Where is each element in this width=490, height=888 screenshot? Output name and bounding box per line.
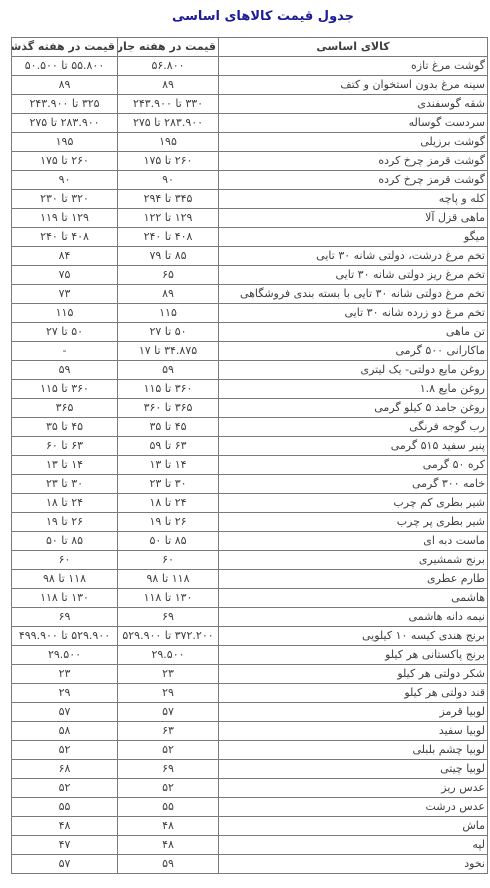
current-week-price-cell: ۴۵ تا ۳۵ — [118, 418, 219, 437]
item-name-cell: تخم مرغ ریز دولتی شانه ۳۰ تایی — [219, 266, 488, 285]
current-week-price-cell: ۴۸ — [118, 836, 219, 855]
header-item: کالای اساسی — [219, 38, 488, 57]
current-week-price-cell: ۱۴ تا ۱۳ — [118, 456, 219, 475]
current-week-price-cell: ۲۹ — [118, 684, 219, 703]
current-week-price-cell: ۸۵ تا ۵۰ — [118, 532, 219, 551]
current-week-price-cell: ۳۷۲.۲۰۰ تا ۵۲۹.۹۰۰ — [118, 627, 219, 646]
table-row: نخود۵۹۵۷ — [12, 855, 488, 874]
current-week-price-cell: ۵۲ — [118, 741, 219, 760]
current-week-price-cell: ۴۸ — [118, 817, 219, 836]
last-week-price-cell: ۲۶ تا ۱۹ — [12, 513, 118, 532]
item-name-cell: ماکارانی ۵۰۰ گرمی — [219, 342, 488, 361]
current-week-price-cell: ۵۰ تا ۲۷ — [118, 323, 219, 342]
table-row: سینه مرغ بدون استخوان و کتف۸۹۸۹ — [12, 76, 488, 95]
current-week-price-cell: ۶۳ تا ۵۹ — [118, 437, 219, 456]
table-row: لوبیا چیتی۶۹۶۸ — [12, 760, 488, 779]
current-week-price-cell: ۱۲۹ تا ۱۲۲ — [118, 209, 219, 228]
table-row: رب گوجه فرنگی۴۵ تا ۳۵۴۵ تا ۳۵ — [12, 418, 488, 437]
last-week-price-cell: ۵۰ تا ۲۷ — [12, 323, 118, 342]
table-row: لپه۴۸۴۷ — [12, 836, 488, 855]
item-name-cell: خامه ۳۰۰ گرمی — [219, 475, 488, 494]
table-row: کله و پاچه۳۴۵ تا ۲۹۴۳۲۰ تا ۲۳۰ — [12, 190, 488, 209]
last-week-price-cell: ۷۵ — [12, 266, 118, 285]
table-row: لوبیا سفید۶۳۵۸ — [12, 722, 488, 741]
current-week-price-cell: ۸۹ — [118, 285, 219, 304]
current-week-price-cell: ۳۳۰ تا ۲۴۳.۹۰۰ — [118, 95, 219, 114]
last-week-price-cell: ۵۹ — [12, 361, 118, 380]
header-row: کالای اساسی قیمت در هفته جاری قیمت در هف… — [12, 38, 488, 57]
table-row: گوشت قرمز چرخ کرده۲۶۰ تا ۱۷۵۲۶۰ تا ۱۷۵ — [12, 152, 488, 171]
item-name-cell: گوشت قرمز چرخ کرده — [219, 152, 488, 171]
table-row: شقه گوسفندی۳۳۰ تا ۲۴۳.۹۰۰۳۲۵ تا ۲۴۳.۹۰۰ — [12, 95, 488, 114]
table-row: عدس ریز۵۲۵۲ — [12, 779, 488, 798]
last-week-price-cell: ۲۹ — [12, 684, 118, 703]
table-row: نیمه دانه هاشمی۶۹۶۹ — [12, 608, 488, 627]
item-name-cell: نخود — [219, 855, 488, 874]
item-name-cell: کره ۵۰ گرمی — [219, 456, 488, 475]
item-name-cell: ماش — [219, 817, 488, 836]
table-row: گوشت مرغ تازه۵۶.۸۰۰۵۵.۸۰۰ تا ۵۰.۵۰۰ — [12, 57, 488, 76]
last-week-price-cell: ۵۲ — [12, 779, 118, 798]
current-week-price-cell: ۵۵ — [118, 798, 219, 817]
last-week-price-cell: ۳۰ تا ۲۳ — [12, 475, 118, 494]
last-week-price-cell: - — [12, 342, 118, 361]
table-row: برنج پاکستانی هر کیلو۲۹.۵۰۰۲۹.۵۰۰ — [12, 646, 488, 665]
current-week-price-cell: ۱۳۰ تا ۱۱۸ — [118, 589, 219, 608]
item-name-cell: شیر بطری کم چرب — [219, 494, 488, 513]
table-row: تن ماهی۵۰ تا ۲۷۵۰ تا ۲۷ — [12, 323, 488, 342]
item-name-cell: طارم عطری — [219, 570, 488, 589]
table-row: روغن مایع ۱.۸۳۶۰ تا ۱۱۵۳۶۰ تا ۱۱۵ — [12, 380, 488, 399]
current-week-price-cell: ۸۹ — [118, 76, 219, 95]
last-week-price-cell: ۱۹۵ — [12, 133, 118, 152]
table-row: تخم مرغ دولتی شانه ۳۰ تایی با بسته بندی … — [12, 285, 488, 304]
current-week-price-cell: ۲۳ — [118, 665, 219, 684]
last-week-price-cell: ۳۲۵ تا ۲۴۳.۹۰۰ — [12, 95, 118, 114]
last-week-price-cell: ۵۵ — [12, 798, 118, 817]
last-week-price-cell: ۲۹.۵۰۰ — [12, 646, 118, 665]
item-name-cell: شیر بطری پر چرب — [219, 513, 488, 532]
table-row: روغن جامد ۵ کیلو گرمی۳۶۵ تا ۳۶۰۳۶۵ — [12, 399, 488, 418]
current-week-price-cell: ۲۴ تا ۱۸ — [118, 494, 219, 513]
item-name-cell: هاشمی — [219, 589, 488, 608]
current-week-price-cell: ۲۹.۵۰۰ — [118, 646, 219, 665]
last-week-price-cell: ۴۵ تا ۳۵ — [12, 418, 118, 437]
table-row: میگو۴۰۸ تا ۲۴۰۴۰۸ تا ۲۴۰ — [12, 228, 488, 247]
item-name-cell: ماهی قزل آلا — [219, 209, 488, 228]
table-row: عدس درشت۵۵۵۵ — [12, 798, 488, 817]
last-week-price-cell: ۸۹ — [12, 76, 118, 95]
item-name-cell: پنیر سفید ۵۱۵ گرمی — [219, 437, 488, 456]
item-name-cell: روغن مایع ۱.۸ — [219, 380, 488, 399]
current-week-price-cell: ۱۱۸ تا ۹۸ — [118, 570, 219, 589]
table-body: گوشت مرغ تازه۵۶.۸۰۰۵۵.۸۰۰ تا ۵۰.۵۰۰سینه … — [12, 57, 488, 874]
last-week-price-cell: ۷۳ — [12, 285, 118, 304]
item-name-cell: تن ماهی — [219, 323, 488, 342]
last-week-price-cell: ۵۸ — [12, 722, 118, 741]
item-name-cell: لوبیا سفید — [219, 722, 488, 741]
table-row: روغن مایع دولتی- یک لیتری۵۹۵۹ — [12, 361, 488, 380]
item-name-cell: لوبیا چشم بلبلی — [219, 741, 488, 760]
last-week-price-cell: ۵۲ — [12, 741, 118, 760]
item-name-cell: لوبیا قرمز — [219, 703, 488, 722]
table-row: گوشت برزیلی۱۹۵۱۹۵ — [12, 133, 488, 152]
item-name-cell: قند دولتی هر کیلو — [219, 684, 488, 703]
last-week-price-cell: ۱۲۹ تا ۱۱۹ — [12, 209, 118, 228]
item-name-cell: نیمه دانه هاشمی — [219, 608, 488, 627]
table-row: سردست گوساله۲۸۳.۹۰۰ تا ۲۷۵۲۸۳.۹۰۰ تا ۲۷۵ — [12, 114, 488, 133]
last-week-price-cell: ۸۵ تا ۵۰ — [12, 532, 118, 551]
table-row: تخم مرغ دو زرده شانه ۳۰ تایی۱۱۵۱۱۵ — [12, 304, 488, 323]
table-row: تخم مرغ درشت، دولتی شانه ۳۰ تایی۸۵ تا ۷۹… — [12, 247, 488, 266]
current-week-price-cell: ۱۱۵ — [118, 304, 219, 323]
last-week-price-cell: ۱۴ تا ۱۳ — [12, 456, 118, 475]
last-week-price-cell: ۲۳ — [12, 665, 118, 684]
item-name-cell: تخم مرغ درشت، دولتی شانه ۳۰ تایی — [219, 247, 488, 266]
table-row: ماهی قزل آلا۱۲۹ تا ۱۲۲۱۲۹ تا ۱۱۹ — [12, 209, 488, 228]
item-name-cell: میگو — [219, 228, 488, 247]
current-week-price-cell: ۳۶۰ تا ۱۱۵ — [118, 380, 219, 399]
current-week-price-cell: ۶۹ — [118, 608, 219, 627]
current-week-price-cell: ۵۲ — [118, 779, 219, 798]
last-week-price-cell: ۴۰۸ تا ۲۴۰ — [12, 228, 118, 247]
last-week-price-cell: ۵۲۹.۹۰۰ تا ۴۹۹.۹۰۰ — [12, 627, 118, 646]
last-week-price-cell: ۲۴ تا ۱۸ — [12, 494, 118, 513]
last-week-price-cell: ۹۰ — [12, 171, 118, 190]
table-row: برنج شمشیری۶۰۶۰ — [12, 551, 488, 570]
table-row: شیر بطری پر چرب۲۶ تا ۱۹۲۶ تا ۱۹ — [12, 513, 488, 532]
item-name-cell: لپه — [219, 836, 488, 855]
current-week-price-cell: ۵۶.۸۰۰ — [118, 57, 219, 76]
table-row: برنج هندی کیسه ۱۰ کیلویی۳۷۲.۲۰۰ تا ۵۲۹.۹… — [12, 627, 488, 646]
current-week-price-cell: ۳۶۵ تا ۳۶۰ — [118, 399, 219, 418]
current-week-price-cell: ۳۰ تا ۲۳ — [118, 475, 219, 494]
last-week-price-cell: ۶۳ تا ۶۰ — [12, 437, 118, 456]
last-week-price-cell: ۴۷ — [12, 836, 118, 855]
item-name-cell: کله و پاچه — [219, 190, 488, 209]
item-name-cell: سینه مرغ بدون استخوان و کتف — [219, 76, 488, 95]
item-name-cell: گوشت مرغ تازه — [219, 57, 488, 76]
item-name-cell: روغن مایع دولتی- یک لیتری — [219, 361, 488, 380]
table-row: طارم عطری۱۱۸ تا ۹۸۱۱۸ تا ۹۸ — [12, 570, 488, 589]
current-week-price-cell: ۱۹۵ — [118, 133, 219, 152]
current-week-price-cell: ۹۰ — [118, 171, 219, 190]
item-name-cell: تخم مرغ دو زرده شانه ۳۰ تایی — [219, 304, 488, 323]
last-week-price-cell: ۲۸۳.۹۰۰ تا ۲۷۵ — [12, 114, 118, 133]
page-title: جدول قیمت کالاهای اساسی — [0, 0, 490, 24]
table-row: شیر بطری کم چرب۲۴ تا ۱۸۲۴ تا ۱۸ — [12, 494, 488, 513]
current-week-price-cell: ۸۵ تا ۷۹ — [118, 247, 219, 266]
last-week-price-cell: ۳۶۵ — [12, 399, 118, 418]
last-week-price-cell: ۳۶۰ تا ۱۱۵ — [12, 380, 118, 399]
table-row: ماست دبه ای۸۵ تا ۵۰۸۵ تا ۵۰ — [12, 532, 488, 551]
item-name-cell: شکر دولتی هر کیلو — [219, 665, 488, 684]
last-week-price-cell: ۸۴ — [12, 247, 118, 266]
item-name-cell: روغن جامد ۵ کیلو گرمی — [219, 399, 488, 418]
table-row: هاشمی۱۳۰ تا ۱۱۸۱۳۰ تا ۱۱۸ — [12, 589, 488, 608]
table-header: کالای اساسی قیمت در هفته جاری قیمت در هف… — [12, 38, 488, 57]
header-last-week: قیمت در هفته گذشته — [12, 38, 118, 57]
last-week-price-cell: ۴۸ — [12, 817, 118, 836]
last-week-price-cell: ۱۱۸ تا ۹۸ — [12, 570, 118, 589]
table-row: لوبیا قرمز۵۷۵۷ — [12, 703, 488, 722]
table-row: شکر دولتی هر کیلو۲۳۲۳ — [12, 665, 488, 684]
table-row: پنیر سفید ۵۱۵ گرمی۶۳ تا ۵۹۶۳ تا ۶۰ — [12, 437, 488, 456]
last-week-price-cell: ۶۸ — [12, 760, 118, 779]
current-week-price-cell: ۶۹ — [118, 760, 219, 779]
last-week-price-cell: ۵۷ — [12, 703, 118, 722]
table-row: تخم مرغ ریز دولتی شانه ۳۰ تایی۶۵۷۵ — [12, 266, 488, 285]
current-week-price-cell: ۲۸۳.۹۰۰ تا ۲۷۵ — [118, 114, 219, 133]
table-row: ماکارانی ۵۰۰ گرمی۳۴.۸۷۵ تا ۱۷- — [12, 342, 488, 361]
last-week-price-cell: ۶۹ — [12, 608, 118, 627]
last-week-price-cell: ۲۶۰ تا ۱۷۵ — [12, 152, 118, 171]
current-week-price-cell: ۳۴۵ تا ۲۹۴ — [118, 190, 219, 209]
current-week-price-cell: ۵۹ — [118, 361, 219, 380]
item-name-cell: سردست گوساله — [219, 114, 488, 133]
item-name-cell: تخم مرغ دولتی شانه ۳۰ تایی با بسته بندی … — [219, 285, 488, 304]
last-week-price-cell: ۵۷ — [12, 855, 118, 874]
current-week-price-cell: ۳۴.۸۷۵ تا ۱۷ — [118, 342, 219, 361]
current-week-price-cell: ۶۵ — [118, 266, 219, 285]
item-name-cell: شقه گوسفندی — [219, 95, 488, 114]
last-week-price-cell: ۳۲۰ تا ۲۳۰ — [12, 190, 118, 209]
item-name-cell: برنج شمشیری — [219, 551, 488, 570]
item-name-cell: گوشت قرمز چرخ کرده — [219, 171, 488, 190]
table-row: لوبیا چشم بلبلی۵۲۵۲ — [12, 741, 488, 760]
table-row: کره ۵۰ گرمی۱۴ تا ۱۳۱۴ تا ۱۳ — [12, 456, 488, 475]
last-week-price-cell: ۱۳۰ تا ۱۱۸ — [12, 589, 118, 608]
current-week-price-cell: ۲۶ تا ۱۹ — [118, 513, 219, 532]
current-week-price-cell: ۴۰۸ تا ۲۴۰ — [118, 228, 219, 247]
item-name-cell: لوبیا چیتی — [219, 760, 488, 779]
page: جدول قیمت کالاهای اساسی کالای اساسی قیمت… — [0, 0, 490, 874]
item-name-cell: برنج هندی کیسه ۱۰ کیلویی — [219, 627, 488, 646]
item-name-cell: رب گوجه فرنگی — [219, 418, 488, 437]
last-week-price-cell: ۵۵.۸۰۰ تا ۵۰.۵۰۰ — [12, 57, 118, 76]
current-week-price-cell: ۶۰ — [118, 551, 219, 570]
current-week-price-cell: ۶۳ — [118, 722, 219, 741]
last-week-price-cell: ۶۰ — [12, 551, 118, 570]
item-name-cell: عدس درشت — [219, 798, 488, 817]
current-week-price-cell: ۵۷ — [118, 703, 219, 722]
item-name-cell: ماست دبه ای — [219, 532, 488, 551]
current-week-price-cell: ۲۶۰ تا ۱۷۵ — [118, 152, 219, 171]
price-table: کالای اساسی قیمت در هفته جاری قیمت در هف… — [11, 37, 488, 874]
item-name-cell: برنج پاکستانی هر کیلو — [219, 646, 488, 665]
item-name-cell: عدس ریز — [219, 779, 488, 798]
table-row: خامه ۳۰۰ گرمی۳۰ تا ۲۳۳۰ تا ۲۳ — [12, 475, 488, 494]
table-row: ماش۴۸۴۸ — [12, 817, 488, 836]
item-name-cell: گوشت برزیلی — [219, 133, 488, 152]
table-row: گوشت قرمز چرخ کرده۹۰۹۰ — [12, 171, 488, 190]
table-row: قند دولتی هر کیلو۲۹۲۹ — [12, 684, 488, 703]
current-week-price-cell: ۵۹ — [118, 855, 219, 874]
last-week-price-cell: ۱۱۵ — [12, 304, 118, 323]
header-current-week: قیمت در هفته جاری — [118, 38, 219, 57]
